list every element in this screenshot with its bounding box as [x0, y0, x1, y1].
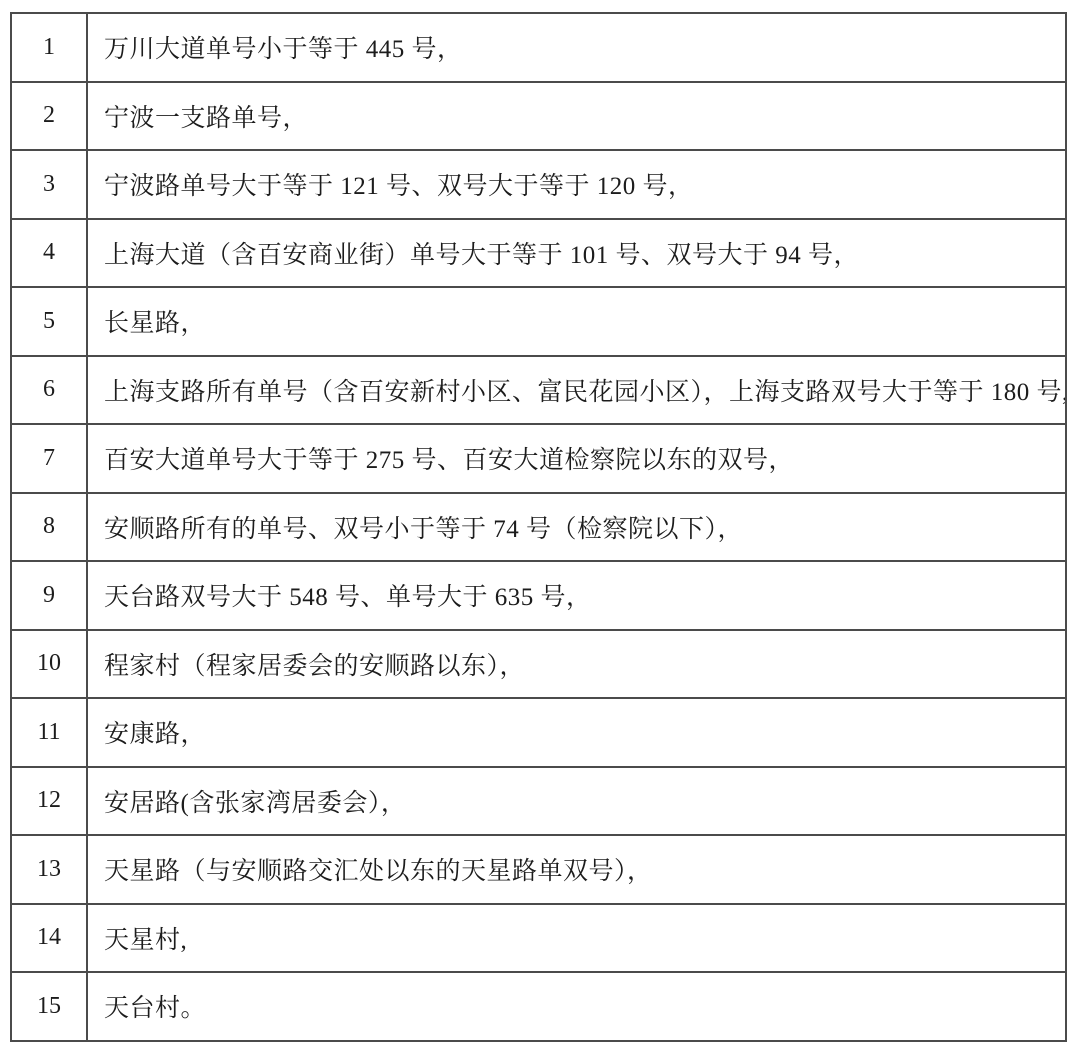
- row-text: 宁波路单号大于等于 121 号、双号大于等于 120 号，: [86, 151, 1065, 218]
- row-number: 2: [12, 83, 86, 150]
- row-text: 上海支路所有单号（含百安新村小区、富民花园小区），上海支路双号大于等于 180 …: [86, 357, 1065, 424]
- row-text: 安康路，: [86, 699, 1065, 766]
- table-row: 4 上海大道（含百安商业街）单号大于等于 101 号、双号大于 94 号，: [12, 218, 1065, 287]
- table-row: 1 万川大道单号小于等于 445 号，: [12, 14, 1065, 81]
- table-row: 3 宁波路单号大于等于 121 号、双号大于等于 120 号，: [12, 149, 1065, 218]
- row-text: 百安大道单号大于等于 275 号、百安大道检察院以东的双号，: [86, 425, 1065, 492]
- row-number: 15: [12, 973, 86, 1040]
- table-row: 6 上海支路所有单号（含百安新村小区、富民花园小区），上海支路双号大于等于 18…: [12, 355, 1065, 424]
- table-row: 11 安康路，: [12, 697, 1065, 766]
- row-number: 11: [12, 699, 86, 766]
- row-number: 4: [12, 220, 86, 287]
- row-text: 天星村,: [86, 905, 1065, 972]
- row-text: 天台路双号大于 548 号、单号大于 635 号，: [86, 562, 1065, 629]
- table-row: 15 天台村。: [12, 971, 1065, 1040]
- table-row: 14 天星村,: [12, 903, 1065, 972]
- row-number: 10: [12, 631, 86, 698]
- row-number: 7: [12, 425, 86, 492]
- row-number: 8: [12, 494, 86, 561]
- row-number: 6: [12, 357, 86, 424]
- table-row: 9 天台路双号大于 548 号、单号大于 635 号，: [12, 560, 1065, 629]
- row-number: 9: [12, 562, 86, 629]
- row-number: 5: [12, 288, 86, 355]
- row-number: 14: [12, 905, 86, 972]
- row-text: 安居路(含张家湾居委会），: [86, 768, 1065, 835]
- row-number: 3: [12, 151, 86, 218]
- table-row: 5 长星路，: [12, 286, 1065, 355]
- table-row: 8 安顺路所有的单号、双号小于等于 74 号（检察院以下），: [12, 492, 1065, 561]
- table-row: 10 程家村（程家居委会的安顺路以东），: [12, 629, 1065, 698]
- row-text: 宁波一支路单号，: [86, 83, 1065, 150]
- row-number: 13: [12, 836, 86, 903]
- table-row: 2 宁波一支路单号，: [12, 81, 1065, 150]
- table-row: 13 天星路（与安顺路交汇处以东的天星路单双号），: [12, 834, 1065, 903]
- row-text: 长星路，: [86, 288, 1065, 355]
- page: 1 万川大道单号小于等于 445 号， 2 宁波一支路单号， 3 宁波路单号大于…: [0, 0, 1080, 1055]
- table-row: 12 安居路(含张家湾居委会），: [12, 766, 1065, 835]
- row-text: 程家村（程家居委会的安顺路以东），: [86, 631, 1065, 698]
- row-text: 上海大道（含百安商业街）单号大于等于 101 号、双号大于 94 号，: [86, 220, 1065, 287]
- row-text: 天星路（与安顺路交汇处以东的天星路单双号），: [86, 836, 1065, 903]
- row-text: 天台村。: [86, 973, 1065, 1040]
- row-number: 12: [12, 768, 86, 835]
- row-number: 1: [12, 14, 86, 81]
- row-text: 万川大道单号小于等于 445 号，: [86, 14, 1065, 81]
- row-text: 安顺路所有的单号、双号小于等于 74 号（检察院以下），: [86, 494, 1065, 561]
- address-table: 1 万川大道单号小于等于 445 号， 2 宁波一支路单号， 3 宁波路单号大于…: [10, 12, 1067, 1042]
- table-row: 7 百安大道单号大于等于 275 号、百安大道检察院以东的双号，: [12, 423, 1065, 492]
